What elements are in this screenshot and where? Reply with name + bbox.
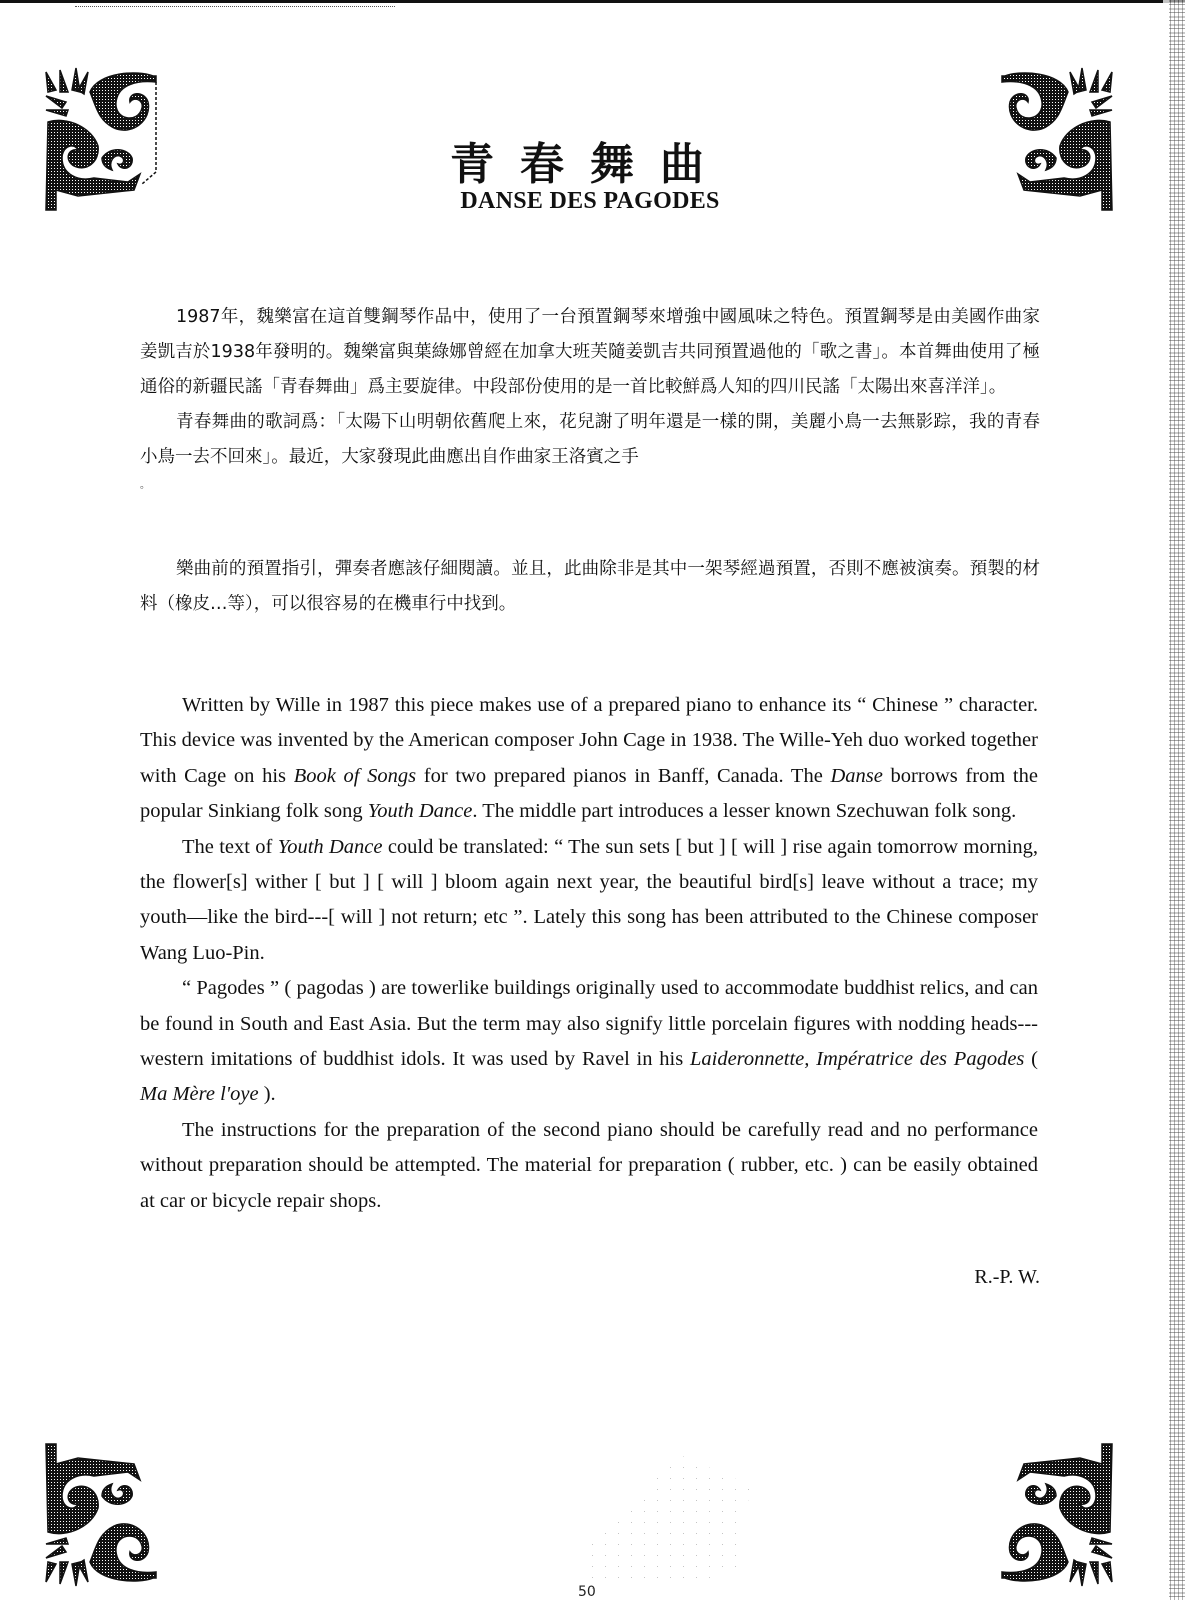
work-title: Ma Mère l'oye bbox=[140, 1083, 259, 1105]
english-paragraph: “ Pagodes ” ( pagodas ) are towerlike bu… bbox=[140, 971, 1038, 1113]
scan-top-edge bbox=[0, 0, 1185, 3]
page-title-chinese: 青春舞曲 bbox=[420, 128, 760, 192]
chinese-paragraph: 樂曲前的預置指引，彈奏者應該仔細閱讀。並且，此曲除非是其中一架琴經過預置，否則不… bbox=[140, 552, 1040, 622]
work-title: Youth Dance bbox=[278, 836, 383, 858]
corner-ornament-icon bbox=[38, 1442, 168, 1592]
english-paragraph: Written by Wille in 1987 this piece make… bbox=[140, 688, 1038, 830]
chinese-paragraph: 青春舞曲的歌詞爲：「太陽下山明朝依舊爬上來，花兒謝了明年還是一樣的開，美麗小鳥一… bbox=[140, 405, 1040, 475]
english-paragraph: The text of Youth Dance could be transla… bbox=[140, 830, 1038, 972]
scan-noise bbox=[560, 1440, 760, 1590]
work-title: Danse bbox=[830, 765, 882, 787]
chinese-notes: 1987年，魏樂富在這首雙鋼琴作品中，使用了一台預置鋼琴來增強中國風味之特色。預… bbox=[140, 300, 1040, 497]
corner-ornament-icon bbox=[990, 1442, 1120, 1592]
scan-right-edge bbox=[1163, 0, 1185, 1600]
chinese-notes-preparation: 樂曲前的預置指引，彈奏者應該仔細閱讀。並且，此曲除非是其中一架琴經過預置，否則不… bbox=[140, 552, 1040, 622]
work-title: Laideronnette, Impératrice des Pagodes bbox=[690, 1048, 1024, 1070]
author-signature: R.-P. W. bbox=[900, 1266, 1040, 1289]
work-title: Youth Dance bbox=[368, 800, 473, 822]
english-paragraph: The instructions for the preparation of … bbox=[140, 1113, 1038, 1219]
english-notes: Written by Wille in 1987 this piece make… bbox=[140, 688, 1038, 1219]
chinese-paragraph: 1987年，魏樂富在這首雙鋼琴作品中，使用了一台預置鋼琴來增強中國風味之特色。預… bbox=[140, 300, 1040, 405]
stray-punctuation: 。 bbox=[140, 475, 1040, 497]
corner-ornament-icon bbox=[990, 62, 1120, 212]
corner-ornament-icon bbox=[38, 62, 168, 212]
page-number: 50 bbox=[578, 1584, 596, 1600]
page-title-english: DANSE DES PAGODES bbox=[390, 188, 790, 215]
scan-noise bbox=[75, 6, 395, 8]
work-title: Book of Songs bbox=[294, 765, 416, 787]
